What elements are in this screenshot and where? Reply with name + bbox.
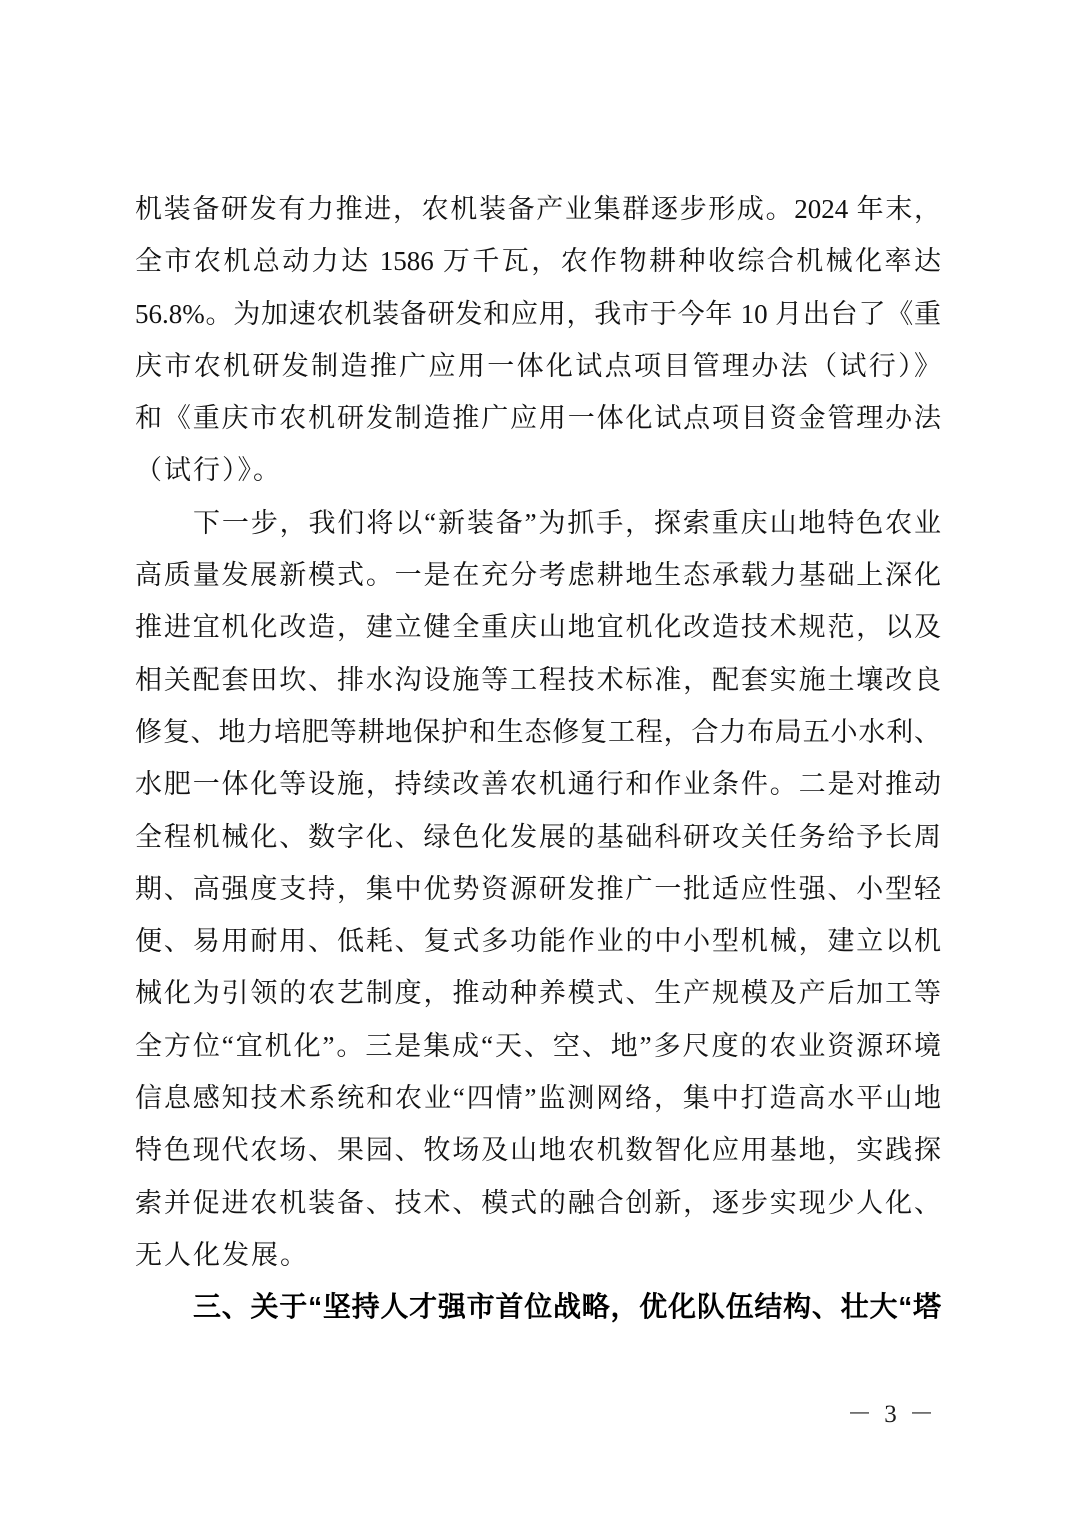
- document-body: 机装备研发有力推进，农机装备产业集群逐步形成。2024 年末， 全市农机总动力达…: [135, 183, 941, 1334]
- document-page: 机装备研发有力推进，农机装备产业集群逐步形成。2024 年末， 全市农机总动力达…: [0, 0, 1074, 1520]
- body-line: 相关配套田坎、排水沟设施等工程技术标准，配套实施土壤改良: [135, 654, 941, 706]
- body-line: 索并促进农机装备、技术、模式的融合创新，逐步实现少人化、: [135, 1177, 941, 1229]
- body-line: 期、高强度支持，集中优势资源研发推广一批适应性强、小型轻: [135, 863, 941, 915]
- body-line: 无人化发展。: [135, 1229, 941, 1281]
- body-line: 推进宜机化改造，建立健全重庆山地宜机化改造技术规范，以及: [135, 601, 941, 653]
- body-line: 水肥一体化等设施，持续改善农机通行和作业条件。二是对推动: [135, 758, 941, 810]
- body-line: （试行）》。: [135, 444, 941, 496]
- body-line: 庆市农机研发制造推广应用一体化试点项目管理办法（试行）》: [135, 340, 941, 392]
- body-line: 高质量发展新模式。一是在充分考虑耕地生态承载力基础上深化: [135, 549, 941, 601]
- body-line: 全程机械化、数字化、绿色化发展的基础科研攻关任务给予长周: [135, 811, 941, 863]
- body-line: 修复、地力培肥等耕地保护和生态修复工程，合力布局五小水利、: [135, 706, 941, 758]
- body-line: 械化为引领的农艺制度，推动种养模式、生产规模及产后加工等: [135, 967, 941, 1019]
- page-number: － 3 －: [847, 1400, 937, 1430]
- body-line: 56.8%。为加速农机装备研发和应用，我市于今年 10 月出台了《重: [135, 288, 941, 340]
- body-line: 全市农机总动力达 1586 万千瓦，农作物耕种收综合机械化率达: [135, 235, 941, 287]
- body-line: 特色现代农场、果园、牧场及山地农机数智化应用基地，实践探: [135, 1124, 941, 1176]
- body-line: 信息感知技术系统和农业“四情”监测网络，集中打造高水平山地: [135, 1072, 941, 1124]
- body-line: 全方位“宜机化”。三是集成“天、空、地”多尺度的农业资源环境: [135, 1020, 941, 1072]
- section-heading: 三、关于“坚持人才强市首位战略，优化队伍结构、壮大“塔: [135, 1281, 941, 1333]
- body-line: 和《重庆市农机研发制造推广应用一体化试点项目资金管理办法: [135, 392, 941, 444]
- body-line: 机装备研发有力推进，农机装备产业集群逐步形成。2024 年末，: [135, 183, 941, 235]
- body-line: 下一步，我们将以“新装备”为抓手，探索重庆山地特色农业: [135, 497, 941, 549]
- body-line: 便、易用耐用、低耗、复式多功能作业的中小型机械，建立以机: [135, 915, 941, 967]
